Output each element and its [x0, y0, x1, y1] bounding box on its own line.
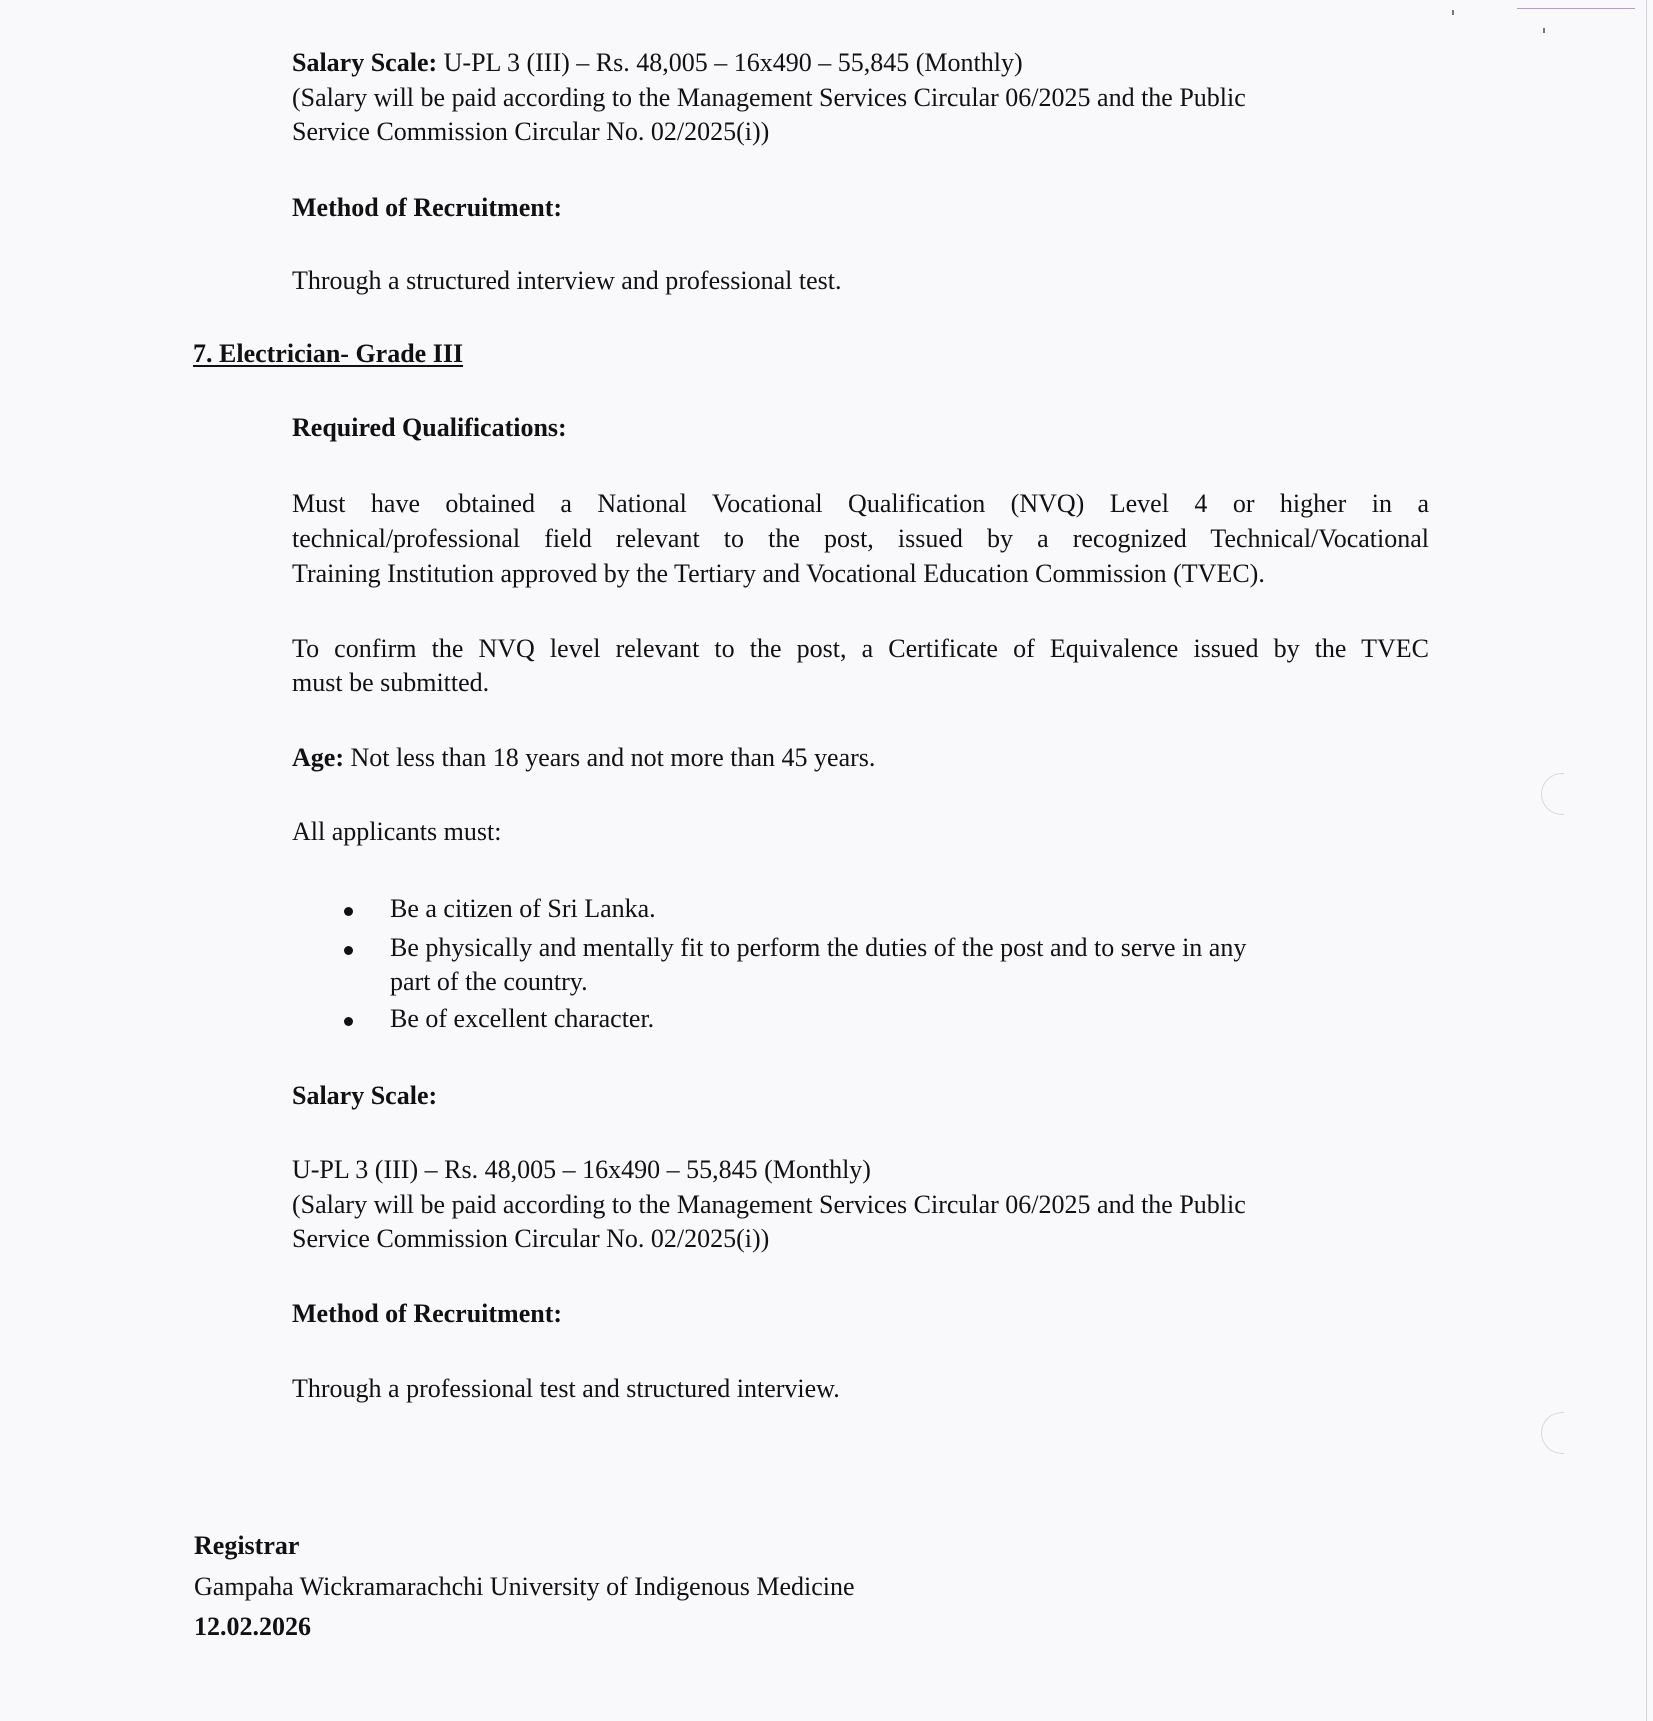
scan-mark: [1517, 8, 1635, 9]
salary-note-line-2: Service Commission Circular No. 02/2025(…: [292, 117, 769, 147]
applicants-intro: All applicants must:: [292, 817, 501, 847]
salary-scale-value: U-PL 3 (III) – Rs. 48,005 – 16x490 – 55,…: [437, 48, 1022, 77]
bullet-icon: [344, 1017, 353, 1026]
salary-note-line-2: Service Commission Circular No. 02/2025(…: [292, 1224, 769, 1254]
salary-scale-label: Salary Scale:: [292, 48, 437, 77]
method-label: Method of Recruitment:: [292, 1299, 562, 1329]
scan-speck: [1543, 28, 1545, 33]
bullet-icon: [344, 946, 353, 955]
qualifications-label: Required Qualifications:: [292, 413, 567, 443]
signatory-title: Registrar: [194, 1531, 299, 1561]
salary-note-line-1: (Salary will be paid according to the Ma…: [292, 83, 1246, 113]
confirm-line: To confirm the NVQ level relevant to the…: [292, 634, 1429, 664]
requirement-item: Be of excellent character.: [390, 1004, 654, 1034]
salary-scale-label: Salary Scale:: [292, 1081, 437, 1111]
punch-hole-mark: [1541, 1412, 1564, 1454]
qualification-line: technical/professional field relevant to…: [292, 524, 1429, 554]
requirement-item: Be a citizen of Sri Lanka.: [390, 894, 656, 924]
age-value: Not less than 18 years and not more than…: [344, 743, 875, 772]
method-value: Through a professional test and structur…: [292, 1374, 840, 1404]
age-line: Age: Not less than 18 years and not more…: [292, 743, 875, 773]
method-label: Method of Recruitment:: [292, 193, 562, 223]
requirement-item: Be physically and mentally fit to perfor…: [390, 933, 1246, 963]
signatory-institution: Gampaha Wickramarachchi University of In…: [194, 1572, 855, 1602]
age-label: Age:: [292, 743, 344, 772]
bullet-icon: [344, 907, 353, 916]
salary-note-line-1: (Salary will be paid according to the Ma…: [292, 1190, 1246, 1220]
requirement-item-continued: part of the country.: [390, 967, 588, 997]
signature-date: 12.02.2026: [194, 1612, 311, 1642]
qualification-line: Must have obtained a National Vocational…: [292, 489, 1429, 519]
scan-speck: [1452, 10, 1454, 15]
section-heading: 7. Electrician- Grade III: [193, 339, 463, 369]
salary-scale-line: Salary Scale: U-PL 3 (III) – Rs. 48,005 …: [292, 48, 1023, 78]
method-value: Through a structured interview and profe…: [292, 266, 841, 296]
punch-hole-mark: [1541, 773, 1564, 815]
qualification-line: Training Institution approved by the Ter…: [292, 559, 1265, 589]
page-edge: [1646, 0, 1647, 1721]
confirm-line: must be submitted.: [292, 668, 489, 698]
salary-scale-value: U-PL 3 (III) – Rs. 48,005 – 16x490 – 55,…: [292, 1155, 871, 1185]
